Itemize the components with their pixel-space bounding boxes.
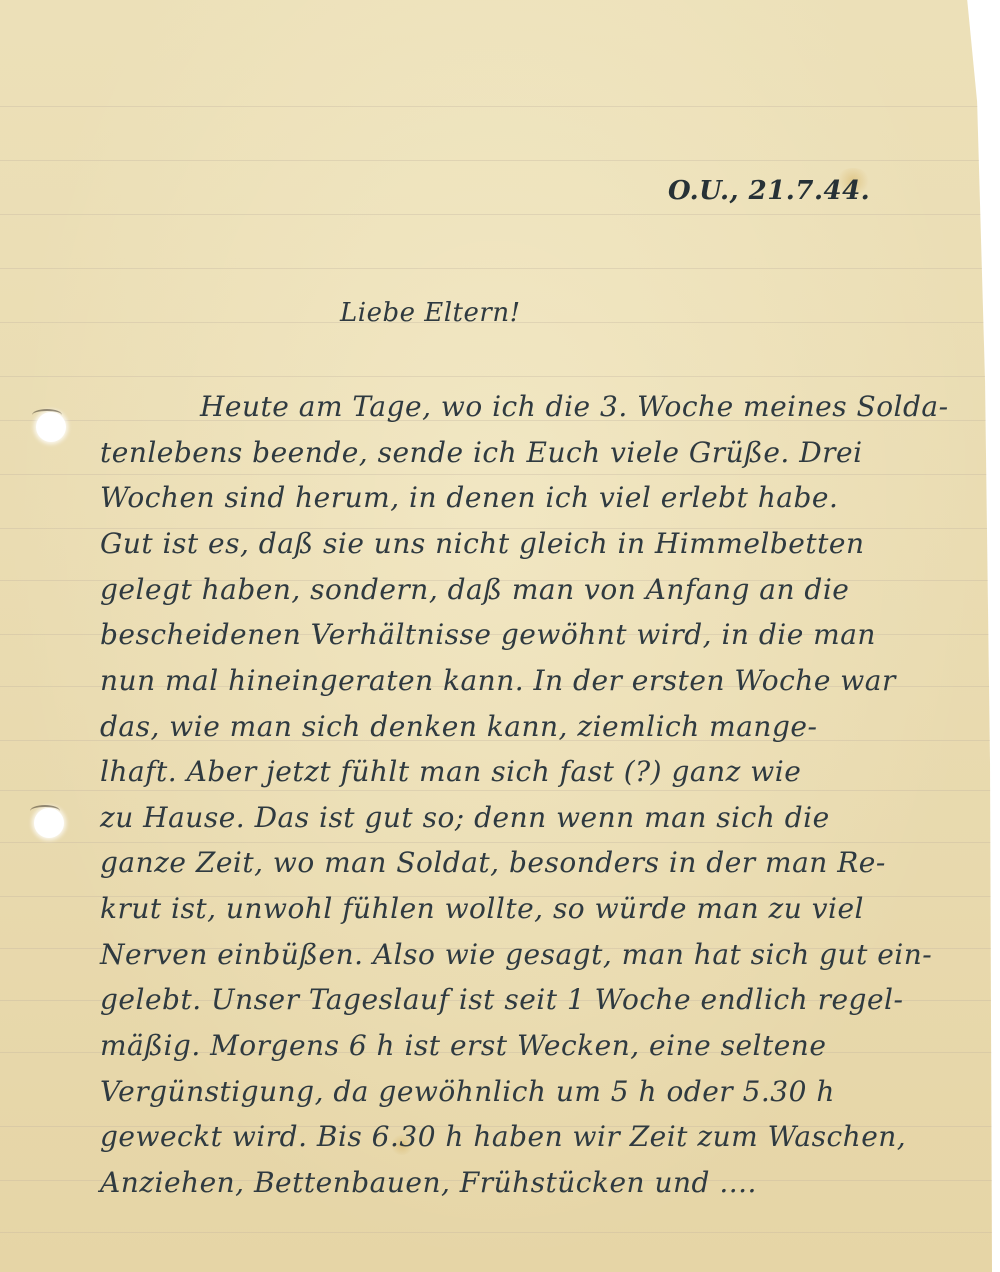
letter-line: Anziehen, Bettenbauen, Frühstücken und .… bbox=[100, 1166, 757, 1199]
punch-hole bbox=[34, 808, 64, 838]
letter-line: bescheidenen Verhältnisse gewöhnt wird, … bbox=[100, 618, 876, 651]
letter-line: lhaft. Aber jetzt fühlt man sich fast (?… bbox=[100, 755, 801, 788]
letter-line: Nerven einbüßen. Also wie gesagt, man ha… bbox=[100, 938, 932, 971]
letter-line: das, wie man sich denken kann, ziemlich … bbox=[100, 710, 817, 743]
letter-line: nun mal hineingeraten kann. In der erste… bbox=[100, 664, 896, 697]
letter-line: geweckt wird. Bis 6.30 h haben wir Zeit … bbox=[100, 1120, 906, 1153]
letter-line: Vergünstigung, da gewöhnlich um 5 h oder… bbox=[100, 1075, 835, 1108]
letter-line: mäßig. Morgens 6 h ist erst Wecken, eine… bbox=[100, 1029, 826, 1062]
ruled-line bbox=[0, 842, 992, 843]
letter-line: Wochen sind herum, in denen ich viel erl… bbox=[100, 481, 838, 514]
ruled-line bbox=[0, 106, 992, 107]
ruled-line bbox=[0, 214, 992, 215]
letter-line: ganze Zeit, wo man Soldat, besonders in … bbox=[100, 846, 886, 879]
ruled-line bbox=[0, 790, 992, 791]
ruled-line bbox=[0, 268, 992, 269]
ruled-line bbox=[0, 474, 992, 475]
letter-line: Gut ist es, daß sie uns nicht gleich in … bbox=[100, 527, 865, 560]
letter-line: zu Hause. Das ist gut so; denn wenn man … bbox=[100, 801, 830, 834]
letter-line: gelegt haben, sondern, daß man von Anfan… bbox=[100, 573, 849, 606]
ruled-line bbox=[0, 160, 992, 161]
letter-line: Heute am Tage, wo ich die 3. Woche meine… bbox=[200, 390, 949, 423]
ruled-line bbox=[0, 376, 992, 377]
letter-date: O.U., 21.7.44. bbox=[668, 176, 870, 206]
letter-line: krut ist, unwohl fühlen wollte, so würde… bbox=[100, 892, 864, 925]
punch-hole bbox=[36, 412, 66, 442]
letter-salutation: Liebe Eltern! bbox=[340, 298, 521, 328]
letter-line: gelebt. Unser Tageslauf ist seit 1 Woche… bbox=[100, 983, 903, 1016]
letter-line: tenlebens beende, sende ich Euch viele G… bbox=[100, 436, 863, 469]
ruled-line bbox=[0, 1232, 992, 1233]
